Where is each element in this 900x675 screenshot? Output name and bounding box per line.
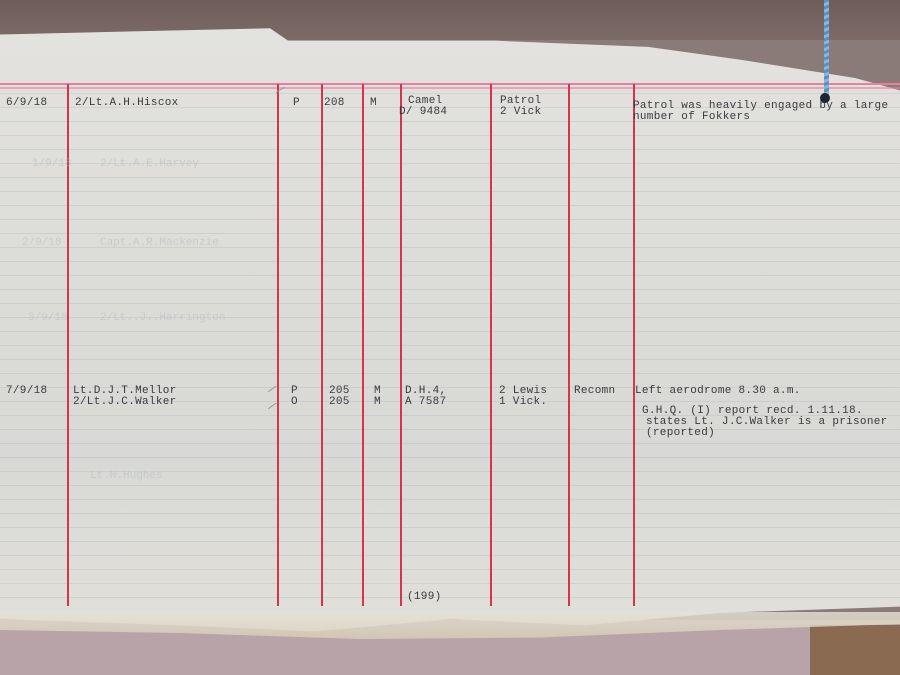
entry-1-remarks-line-2: number of Fokkers bbox=[633, 112, 750, 123]
column-divider-aircraft bbox=[490, 84, 492, 606]
binding-knot bbox=[820, 93, 830, 103]
entry-1-role: P bbox=[293, 98, 300, 109]
column-divider-role bbox=[321, 84, 323, 606]
binding-string bbox=[824, 0, 829, 100]
show-through-name: 2/Lt.A.E.Harvey bbox=[100, 158, 199, 170]
show-through-date: 3/9/18 bbox=[28, 312, 68, 324]
show-through-name: Lt.H.Hughes bbox=[90, 470, 163, 482]
entry-2-squadron-observer: 205 bbox=[329, 397, 350, 408]
entry-2-status-observer: M bbox=[374, 397, 381, 408]
entry-2-name-observer: 2/Lt.J.C.Walker bbox=[73, 397, 177, 408]
entry-2-role-observer: O bbox=[291, 397, 298, 408]
column-divider-type bbox=[633, 84, 635, 606]
show-through-date: 2/9/18 bbox=[22, 237, 62, 249]
entry-1-armament: 2 Vick bbox=[500, 107, 541, 118]
entry-2-duty-type: Recomn bbox=[574, 386, 615, 397]
column-divider-squadron bbox=[362, 84, 364, 606]
entry-1-name: 2/Lt.A.H.Hiscox bbox=[75, 98, 179, 109]
entry-2-remarks-line-1: Left aerodrome 8.30 a.m. bbox=[635, 386, 801, 397]
entry-1-aircraft-serial: D/ 9484 bbox=[399, 107, 447, 118]
entry-2-date: 7/9/18 bbox=[6, 386, 47, 397]
column-divider-status bbox=[400, 84, 402, 606]
show-through-date: 1/9/18 bbox=[32, 158, 72, 170]
entry-1-squadron: 208 bbox=[324, 98, 345, 109]
entry-2-armament-2: 1 Vick. bbox=[499, 397, 547, 408]
entry-1-date: 6/9/18 bbox=[6, 98, 47, 109]
column-divider-name bbox=[277, 84, 279, 606]
entry-1-status: M bbox=[370, 98, 377, 109]
top-rule-line bbox=[0, 83, 900, 85]
show-through-name: Capt.A.R.Mackenzie bbox=[100, 237, 219, 249]
column-divider-duty bbox=[568, 84, 570, 606]
top-rule-line-2 bbox=[0, 87, 900, 89]
entry-2-remarks-line-5: (reported) bbox=[646, 428, 715, 439]
entry-2-aircraft-serial: A 7587 bbox=[405, 397, 446, 408]
page-number: (199) bbox=[407, 592, 442, 603]
background-table-corner bbox=[810, 625, 900, 675]
show-through-name: 2/Lt..J..Harrington bbox=[100, 312, 225, 324]
